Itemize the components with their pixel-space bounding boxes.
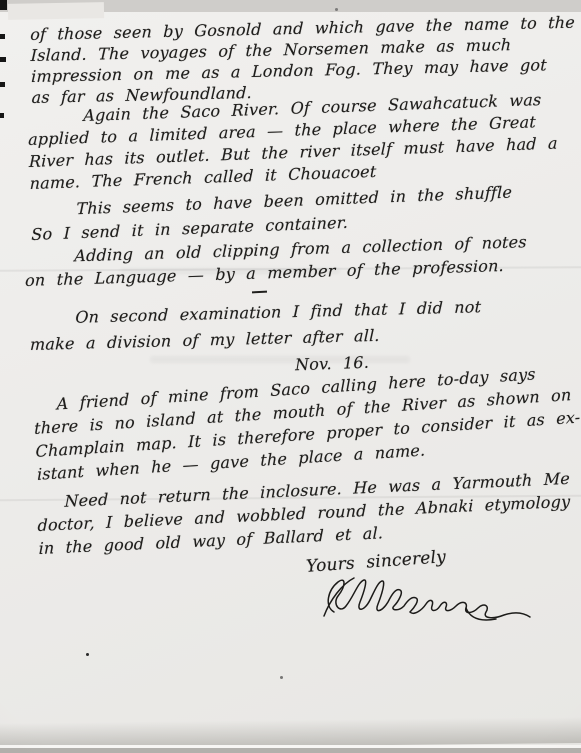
signature-scribble [320, 572, 535, 622]
paragraph-saco-river: Again the Saco River. Of course Sawahcat… [27, 89, 559, 195]
scan-edge-tick [0, 82, 5, 87]
scan-edge-tick [0, 113, 4, 118]
scan-speck [280, 676, 283, 679]
paper-corner-highlight [8, 2, 104, 20]
scan-speck [335, 8, 338, 11]
scan-edge-tick [0, 34, 5, 39]
scan-edge-tick [0, 57, 6, 62]
scan-speck [86, 653, 89, 656]
paragraph-second-examination: On second examination I find that I did … [29, 294, 482, 358]
date-line: Nov. 16. [295, 353, 370, 375]
section-divider-dash [252, 291, 267, 294]
scan-edge-bottom [0, 748, 581, 753]
ink-bleedthrough-smudge [150, 356, 410, 363]
scanned-letter-page: of those seen by Gosnold and which gave … [0, 0, 581, 753]
scan-corner-artifact [0, 0, 7, 10]
paragraph-friend-from-saco: A friend of mine from Saco calling here … [32, 358, 581, 486]
